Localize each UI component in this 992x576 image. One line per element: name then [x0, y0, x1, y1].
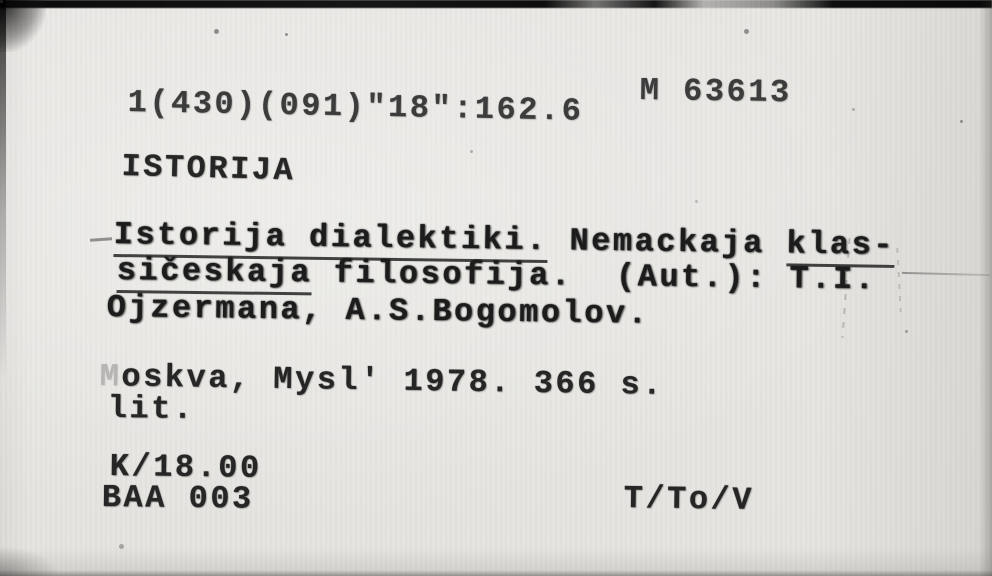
catalog-card-paper: 1(430)(091)"18":162.6 M 63613 ISTORIJA I…: [0, 0, 992, 576]
scan-edge-top: [0, 0, 992, 8]
scanned-catalog-card-page: 1(430)(091)"18":162.6 M 63613 ISTORIJA I…: [0, 0, 992, 576]
call-mark: T/To/V: [623, 480, 754, 519]
scan-smudge-bottom-left: [0, 546, 60, 576]
title-line-3-authors: Ojzermana, A.S.Bogomolov.: [107, 289, 650, 333]
paper-noise-specks: [0, 0, 3, 3]
margin-dash-mark: [90, 237, 112, 242]
pencil-mark-line: [902, 272, 990, 276]
scan-edge-right: [979, 0, 992, 576]
scan-smudge-top-left: [0, 0, 46, 52]
subject-heading: ISTORIJA: [121, 148, 295, 189]
scan-edge-left: [0, 0, 6, 380]
paper-crease-line: [896, 248, 901, 312]
classification-number: 1(430)(091)"18":162.6: [127, 84, 583, 130]
scan-edge-bottom: [0, 570, 992, 576]
imprint-text: oskva, Mysl' 1978. 366 s.: [121, 358, 664, 404]
title-plain-part: Nemackaja: [548, 222, 787, 262]
inventory-code: BAA 003: [102, 479, 254, 518]
imprint-line-2: lit.: [108, 390, 195, 428]
accession-number: M 63613: [639, 72, 791, 111]
